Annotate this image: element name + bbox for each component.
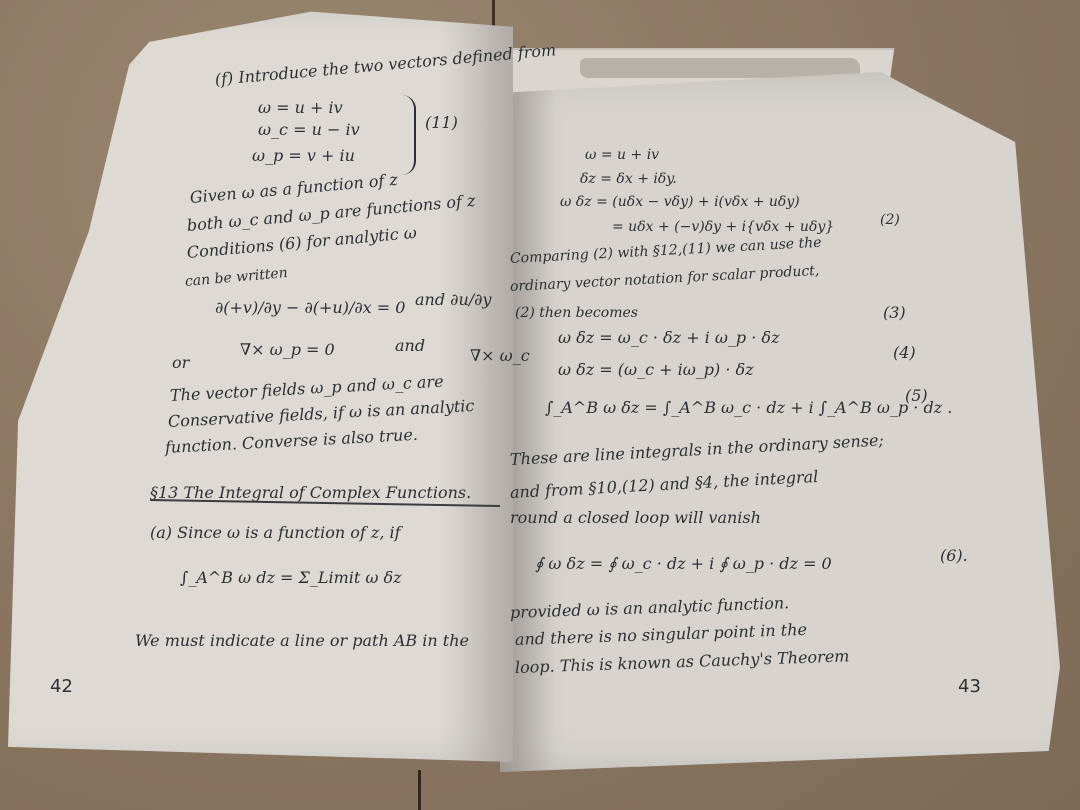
equation-number: (11)	[425, 115, 458, 131]
page-number-left: 42	[50, 676, 73, 697]
handwritten-equation: ω δz = ω_c · δz + i ω_p · δz	[558, 330, 780, 346]
handwritten-text: or	[172, 355, 189, 371]
section-heading: §13 The Integral of Complex Functions.	[150, 485, 471, 501]
handwritten-equation: = uδx + (−v)δy + i{vδx + uδy}	[612, 220, 834, 234]
handwritten-equation: ∂(+v)/∂y − ∂(+u)/∂x = 0	[215, 300, 405, 316]
torn-paper-edge	[580, 58, 860, 78]
handwritten-equation: ∫_A^B ω δz = ∫_A^B ω_c · dz + i ∫_A^B ω_…	[545, 400, 952, 416]
handwritten-equation: ω = u + iv	[585, 148, 659, 162]
equation-number: (5)	[905, 388, 928, 404]
handwritten-line: We must indicate a line or path AB in th…	[135, 633, 469, 649]
equation-number: (2)	[880, 213, 900, 227]
equation-number: (6).	[940, 548, 968, 564]
handwritten-equation: ∇× ω_p = 0	[240, 342, 335, 358]
table-seam	[418, 770, 421, 810]
handwritten-text: and	[395, 338, 425, 354]
handwritten-equation: ∇× ω_c	[470, 348, 530, 364]
handwritten-equation: ω_p = v + iu	[252, 148, 355, 164]
page-number-right: 43	[958, 676, 981, 697]
handwritten-equation: δz = δx + iδy.	[580, 172, 677, 186]
equation-number: (3)	[883, 305, 906, 321]
handwritten-text: and ∂u/∂y	[415, 292, 491, 308]
handwritten-line: (2) then becomes	[515, 306, 638, 320]
handwritten-equation: ω_c = u − iv	[258, 122, 360, 138]
handwritten-line: (a) Since ω is a function of z, if	[150, 525, 401, 541]
handwritten-equation: ω δz = (ω_c + iω_p) · δz	[558, 362, 754, 378]
equation-number: (4)	[893, 345, 916, 361]
handwritten-line: round a closed loop will vanish	[510, 510, 761, 526]
curly-brace	[400, 95, 416, 175]
handwritten-equation: ω δz = (uδx − vδy) + i(vδx + uδy)	[560, 195, 800, 209]
handwritten-equation: ∫_A^B ω dz = Σ_Limit ω δz	[180, 570, 402, 586]
handwritten-equation: ω = u + iv	[258, 100, 343, 116]
handwritten-equation: ∮ ω δz = ∮ ω_c · dz + i ∮ ω_p · dz = 0	[535, 556, 832, 572]
